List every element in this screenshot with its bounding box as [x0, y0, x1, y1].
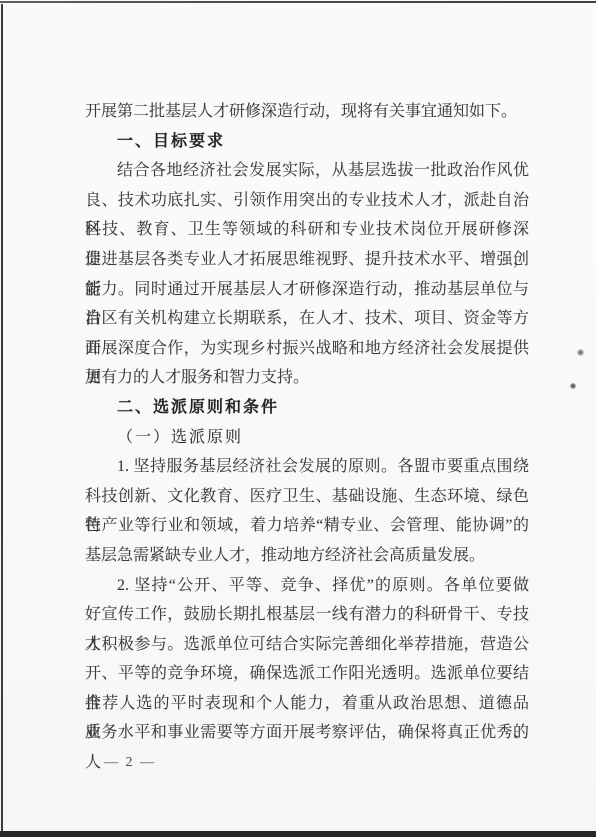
text-line: 开展第二批基层人才研修深造行动，现将有关事宜通知如下。 [85, 97, 529, 127]
page-top-edge-line [0, 1, 596, 3]
text-line: 2. 坚持“公开、平等、竞争、择优”的原则。各单位要做 [85, 571, 529, 601]
text-line: 推荐人选的平时表现和个人能力，着重从政治思想、道德品质、 [85, 689, 529, 719]
scan-speck-icon [570, 383, 576, 389]
page-bottom-edge-strip [0, 831, 596, 837]
text-line: 治区有关机构建立长期联系，在人才、技术、项目、资金等方面 [85, 304, 529, 334]
text-line: 好宣传工作，鼓励长期扎根基层一线有潜力的科研骨干、专技人 [85, 600, 529, 630]
text-line: 二、选派原则和条件 [85, 393, 529, 423]
text-line: 科技创新、文化教育、医疗卫生、基础设施、生态环境、绿色特 [85, 482, 529, 512]
page-left-edge-line [1, 4, 3, 837]
text-line: 加有力的人才服务和智力支持。 [85, 363, 529, 393]
text-line: 能力。同时通过开展基层人才研修深造行动，推动基层单位与自 [85, 275, 529, 305]
text-line: 业务水平和事业需要等方面开展考察评估，确保将真正优秀的人 [85, 718, 529, 748]
text-line: （一）选派原则 [85, 423, 529, 453]
text-line: 促进基层各类专业人才拓展思维视野、提升技术水平、增强创新 [85, 245, 529, 275]
text-line: 才积极参与。选派单位可结合实际完善细化举荐措施，营造公 [85, 630, 529, 660]
text-line: 开、平等的竞争环境，确保选派工作阳光透明。选派单位要结合 [85, 659, 529, 689]
text-line: 一、目标要求 [85, 127, 529, 157]
text-line: 开展深度合作，为实现乡村振兴战略和地方经济社会发展提供更 [85, 334, 529, 364]
text-line: 科技、教育、卫生等领域的科研和专业技术岗位开展研修深造， [85, 215, 529, 245]
page-number: — 2 — [100, 755, 160, 771]
text-line: 1. 坚持服务基层经济社会发展的原则。各盟市要重点围绕 [85, 452, 529, 482]
document-text: 开展第二批基层人才研修深造行动，现将有关事宜通知如下。一、目标要求结合各地经济社… [85, 97, 529, 748]
text-line: 良、技术功底扎实、引领作用突出的专业技术人才，派赴自治区 [85, 186, 529, 216]
text-line: 色产业等行业和领域，着力培养“精专业、会管理、能协调”的 [85, 511, 529, 541]
text-line: 结合各地经济社会发展实际，从基层选拔一批政治作风优 [85, 156, 529, 186]
scan-speck-icon [577, 349, 584, 356]
scanned-document-page: 开展第二批基层人才研修深造行动，现将有关事宜通知如下。一、目标要求结合各地经济社… [0, 0, 596, 837]
text-line: 基层急需紧缺专业人才，推动地方经济社会高质量发展。 [85, 541, 529, 571]
